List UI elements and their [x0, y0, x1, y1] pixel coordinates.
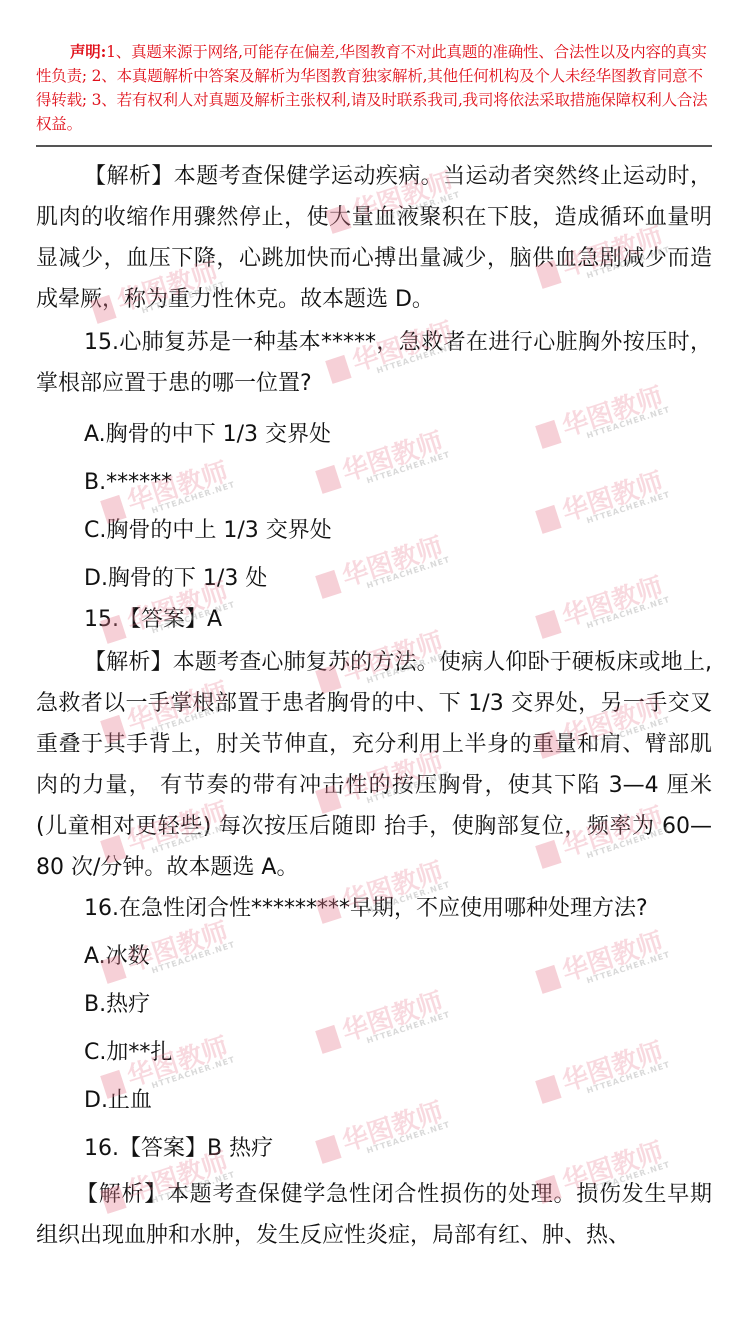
q15-option-d: D.胸骨的下 1/3 处: [84, 558, 712, 599]
disclaimer-lead: 声明:: [70, 42, 106, 61]
q15-answer: 15.【答案】A: [84, 599, 712, 640]
disclaimer-text: 1、真题来源于网络,可能存在偏差,华图教育不对此真题的准确性、合法性以及内容的真…: [36, 43, 707, 133]
q15-option-b: B.******: [84, 462, 712, 503]
q16-option-d: D.止血: [84, 1080, 712, 1121]
q16-option-a: A.冰数: [84, 936, 712, 977]
q15-option-c: C.胸骨的中上 1/3 交界处: [84, 510, 712, 551]
document-body: 【解析】本题考查保健学运动疾病。当运动者突然终止运动时，肌肉的收缩作用骤然停止，…: [36, 150, 712, 1256]
q15-option-a: A.胸骨的中下 1/3 交界处: [84, 414, 712, 455]
q16-option-b: B.热疗: [84, 984, 712, 1025]
q15-analysis: 【解析】本题考查心肺复苏的方法。使病人仰卧于硬板床或地上,急救者以一手掌根部置于…: [36, 642, 712, 888]
q16-analysis: 【解析】本题考查保健学急性闭合性损伤的处理。损伤发生早期组织出现血肿和水肿，发生…: [36, 1174, 712, 1256]
q15-question: 15.心肺复苏是一种基本*****，急救者在进行心脏胸外按压时，掌根部应置于患的…: [36, 322, 712, 404]
q16-option-c: C.加**扎: [84, 1032, 712, 1073]
q14-analysis: 【解析】本题考查保健学运动疾病。当运动者突然终止运动时，肌肉的收缩作用骤然停止，…: [36, 156, 712, 320]
header-divider: [36, 145, 712, 147]
disclaimer: 声明:1、真题来源于网络,可能存在偏差,华图教育不对此真题的准确性、合法性以及内…: [36, 40, 712, 136]
q16-question: 16.在急性闭合性*********早期，不应使用哪种处理方法?: [84, 888, 712, 929]
q16-answer: 16.【答案】B 热疗: [84, 1128, 712, 1169]
